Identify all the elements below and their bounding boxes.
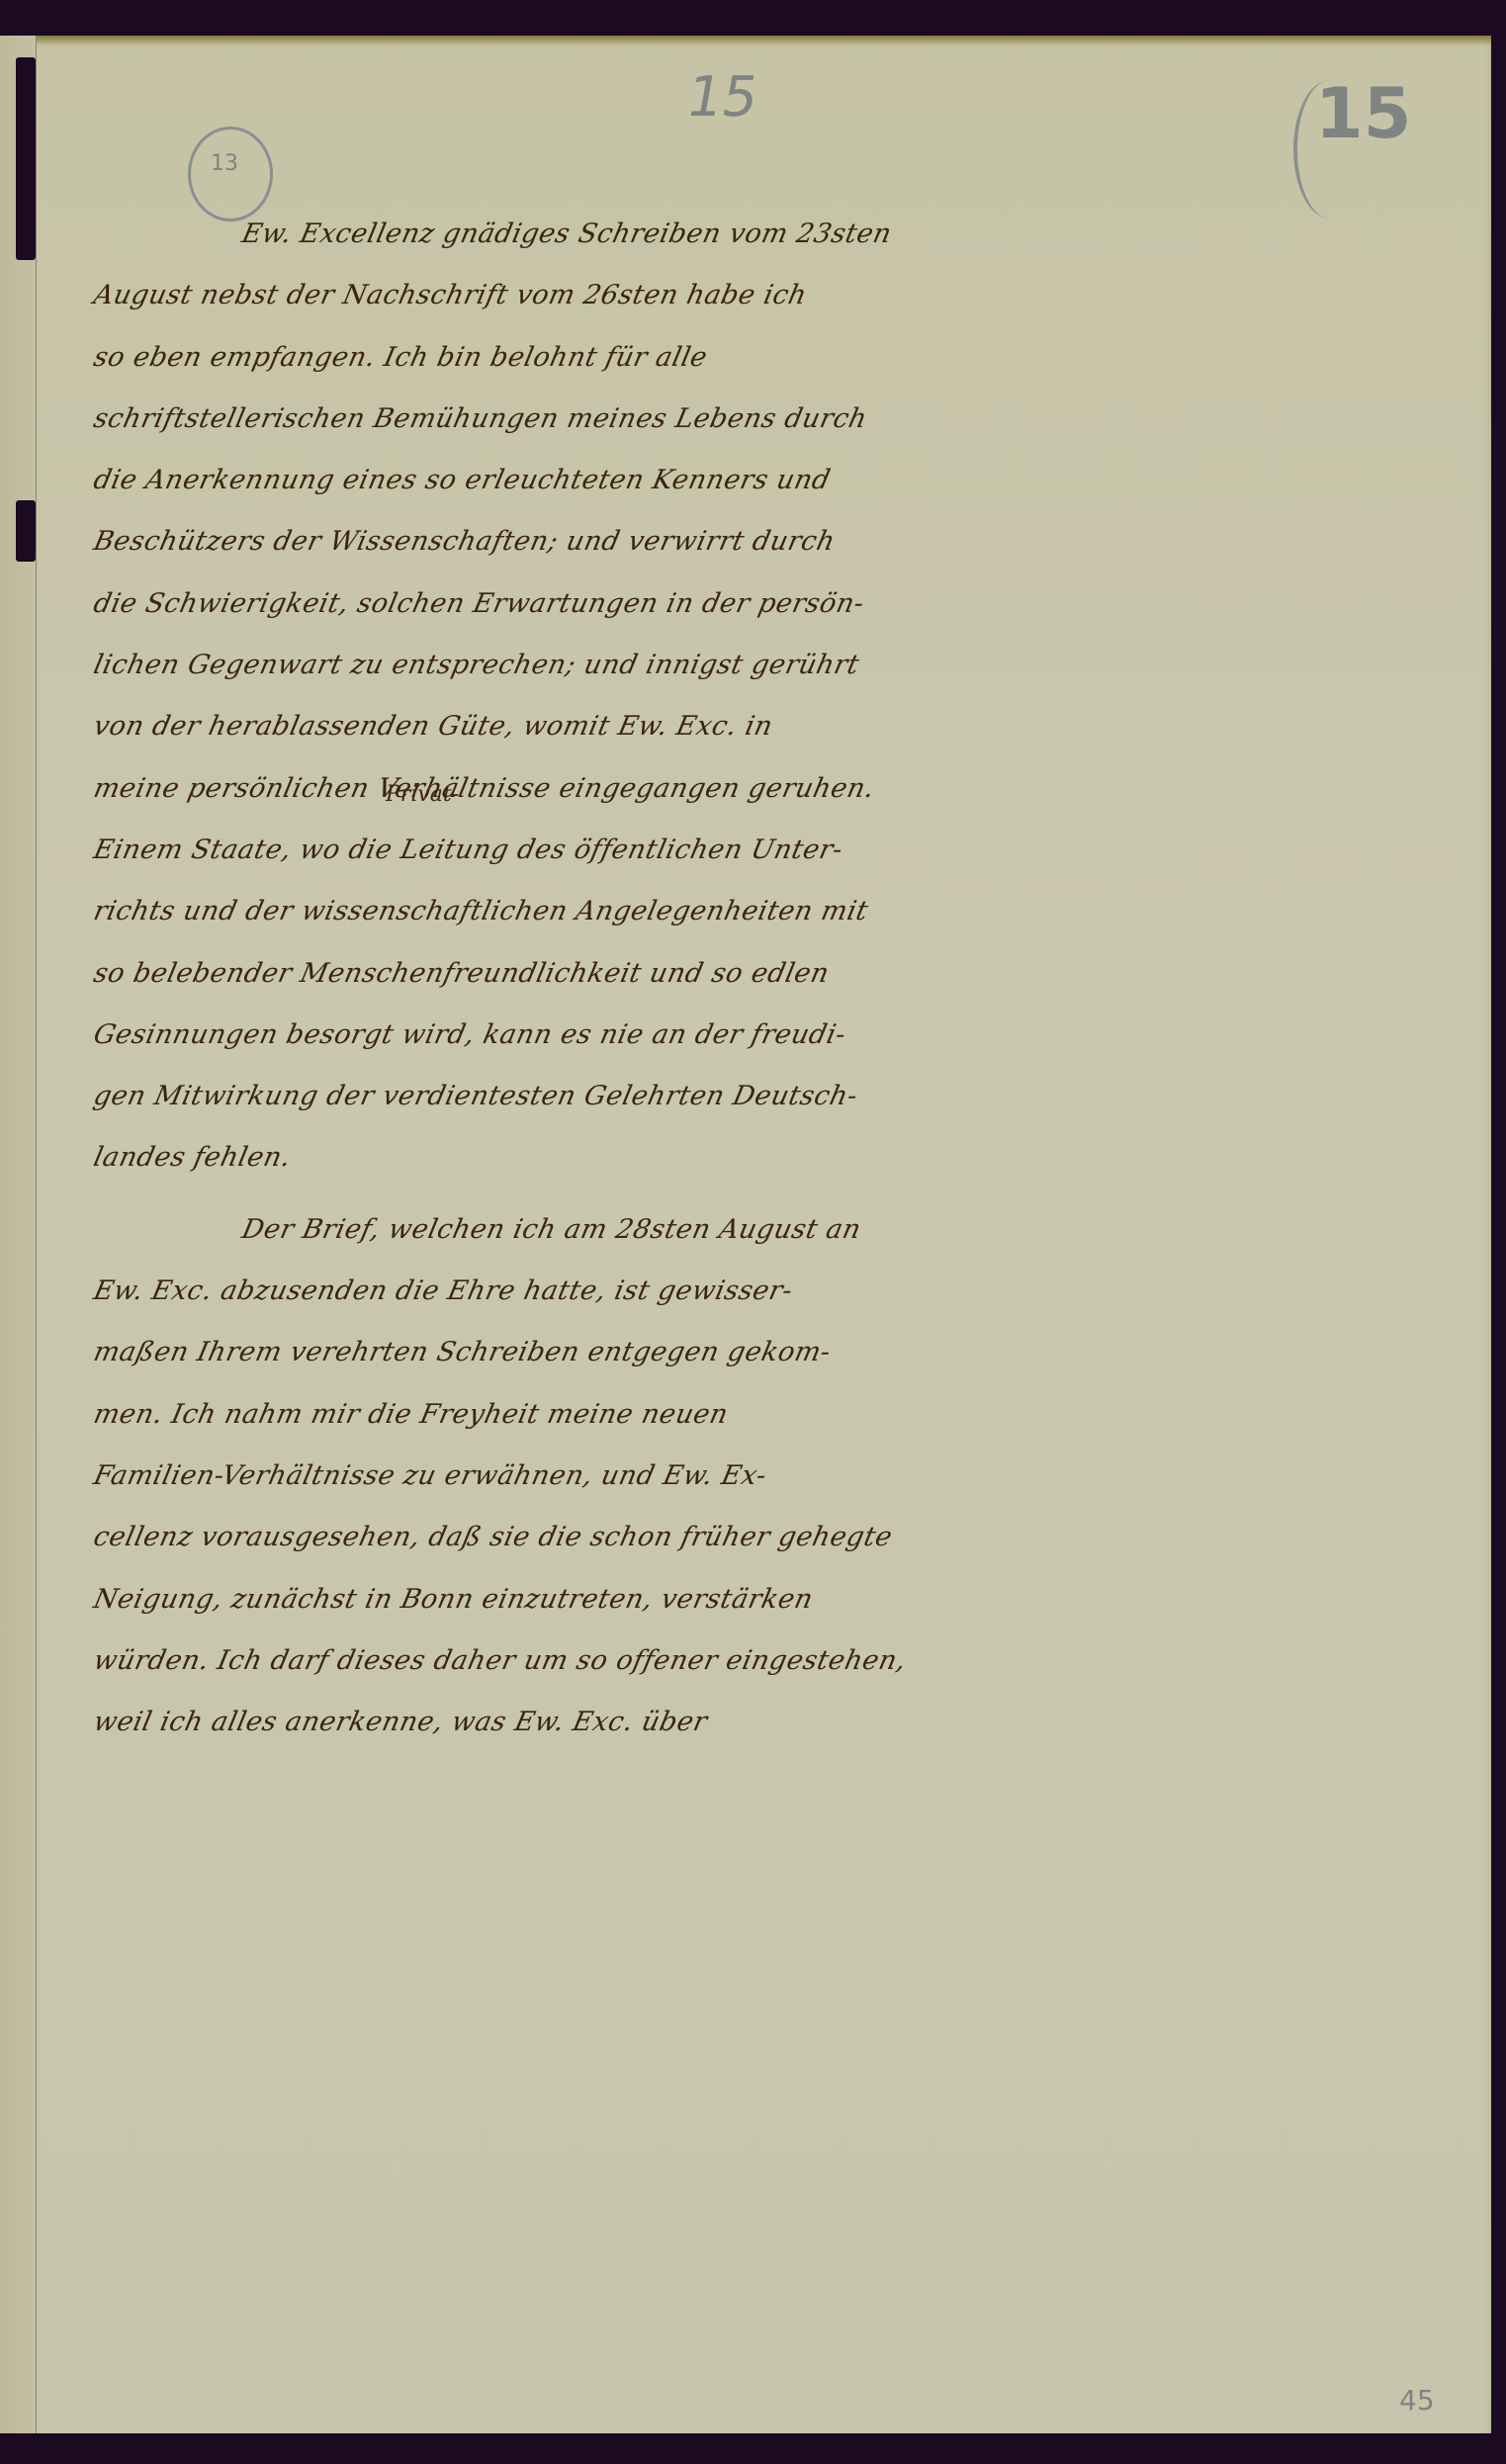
manuscript-line: Familien-Verhältnisse zu erwähnen, und E… <box>87 1446 1455 1507</box>
folio-number-right: 15 <box>1315 73 1411 154</box>
scan-background-edge <box>1491 0 1506 2464</box>
manuscript-line: Beschützers der Wissenschaften; und verw… <box>87 511 1455 572</box>
manuscript-line: die Schwierigkeit, solchen Erwartungen i… <box>87 573 1455 635</box>
manuscript-line: würden. Ich darf dieses daher um so offe… <box>87 1630 1455 1692</box>
manuscript-line: maßen Ihrem verehrten Schreiben entgegen… <box>87 1322 1455 1383</box>
manuscript-line: men. Ich nahm mir die Freyheit meine neu… <box>87 1384 1455 1446</box>
manuscript-line: landes fehlen. <box>87 1127 1455 1188</box>
folio-number-bottom: 45 <box>1399 2384 1435 2417</box>
manuscript-line: richts und der wissenschaftlichen Angele… <box>87 881 1455 942</box>
pencil-mark-top-center: 15 <box>681 65 763 130</box>
manuscript-line: so belebender Menschenfreundlichkeit und… <box>87 943 1455 1005</box>
manuscript-line: die Anerkennung eines so erleuchteten Ke… <box>87 450 1455 511</box>
manuscript-line: Neigung, zunächst in Bonn einzutreten, v… <box>87 1569 1455 1630</box>
manuscript-line: Gesinnungen besorgt wird, kann es nie an… <box>87 1005 1455 1066</box>
binding-gap <box>16 500 36 562</box>
manuscript-line: von der herablassenden Güte, womit Ew. E… <box>87 696 1455 757</box>
manuscript-line: Der Brief, welchen ich am 28sten August … <box>87 1199 1455 1261</box>
manuscript-page: 13 15 15 Privat- Ew. Excellenz gnädiges … <box>0 36 1491 2433</box>
folio-number-13: 13 <box>211 151 238 176</box>
manuscript-line: schriftstellerischen Bemühungen meines L… <box>87 389 1455 450</box>
letter-body: Ew. Excellenz gnädiges Schreiben vom 23s… <box>94 204 1449 1753</box>
manuscript-line: Ew. Exc. abzusenden die Ehre hatte, ist … <box>87 1261 1455 1322</box>
page-fold-strip <box>0 36 37 2433</box>
manuscript-line: meine persönlichen Verhältnisse eingegan… <box>87 758 1455 820</box>
manuscript-line: weil ich alles anerkenne, was Ew. Exc. ü… <box>87 1692 1455 1753</box>
manuscript-line: so eben empfangen. Ich bin belohnt für a… <box>87 327 1455 389</box>
manuscript-line: Ew. Excellenz gnädiges Schreiben vom 23s… <box>87 204 1455 265</box>
manuscript-line: Einem Staate, wo die Leitung des öffentl… <box>87 820 1455 881</box>
binding-gap <box>16 57 36 260</box>
manuscript-line: lichen Gegenwart zu entsprechen; und inn… <box>87 635 1455 696</box>
manuscript-line: cellenz vorausgesehen, daß sie die schon… <box>87 1507 1455 1568</box>
manuscript-line: August nebst der Nachschrift vom 26sten … <box>87 265 1455 326</box>
manuscript-line: gen Mitwirkung der verdientesten Gelehrt… <box>87 1066 1455 1127</box>
